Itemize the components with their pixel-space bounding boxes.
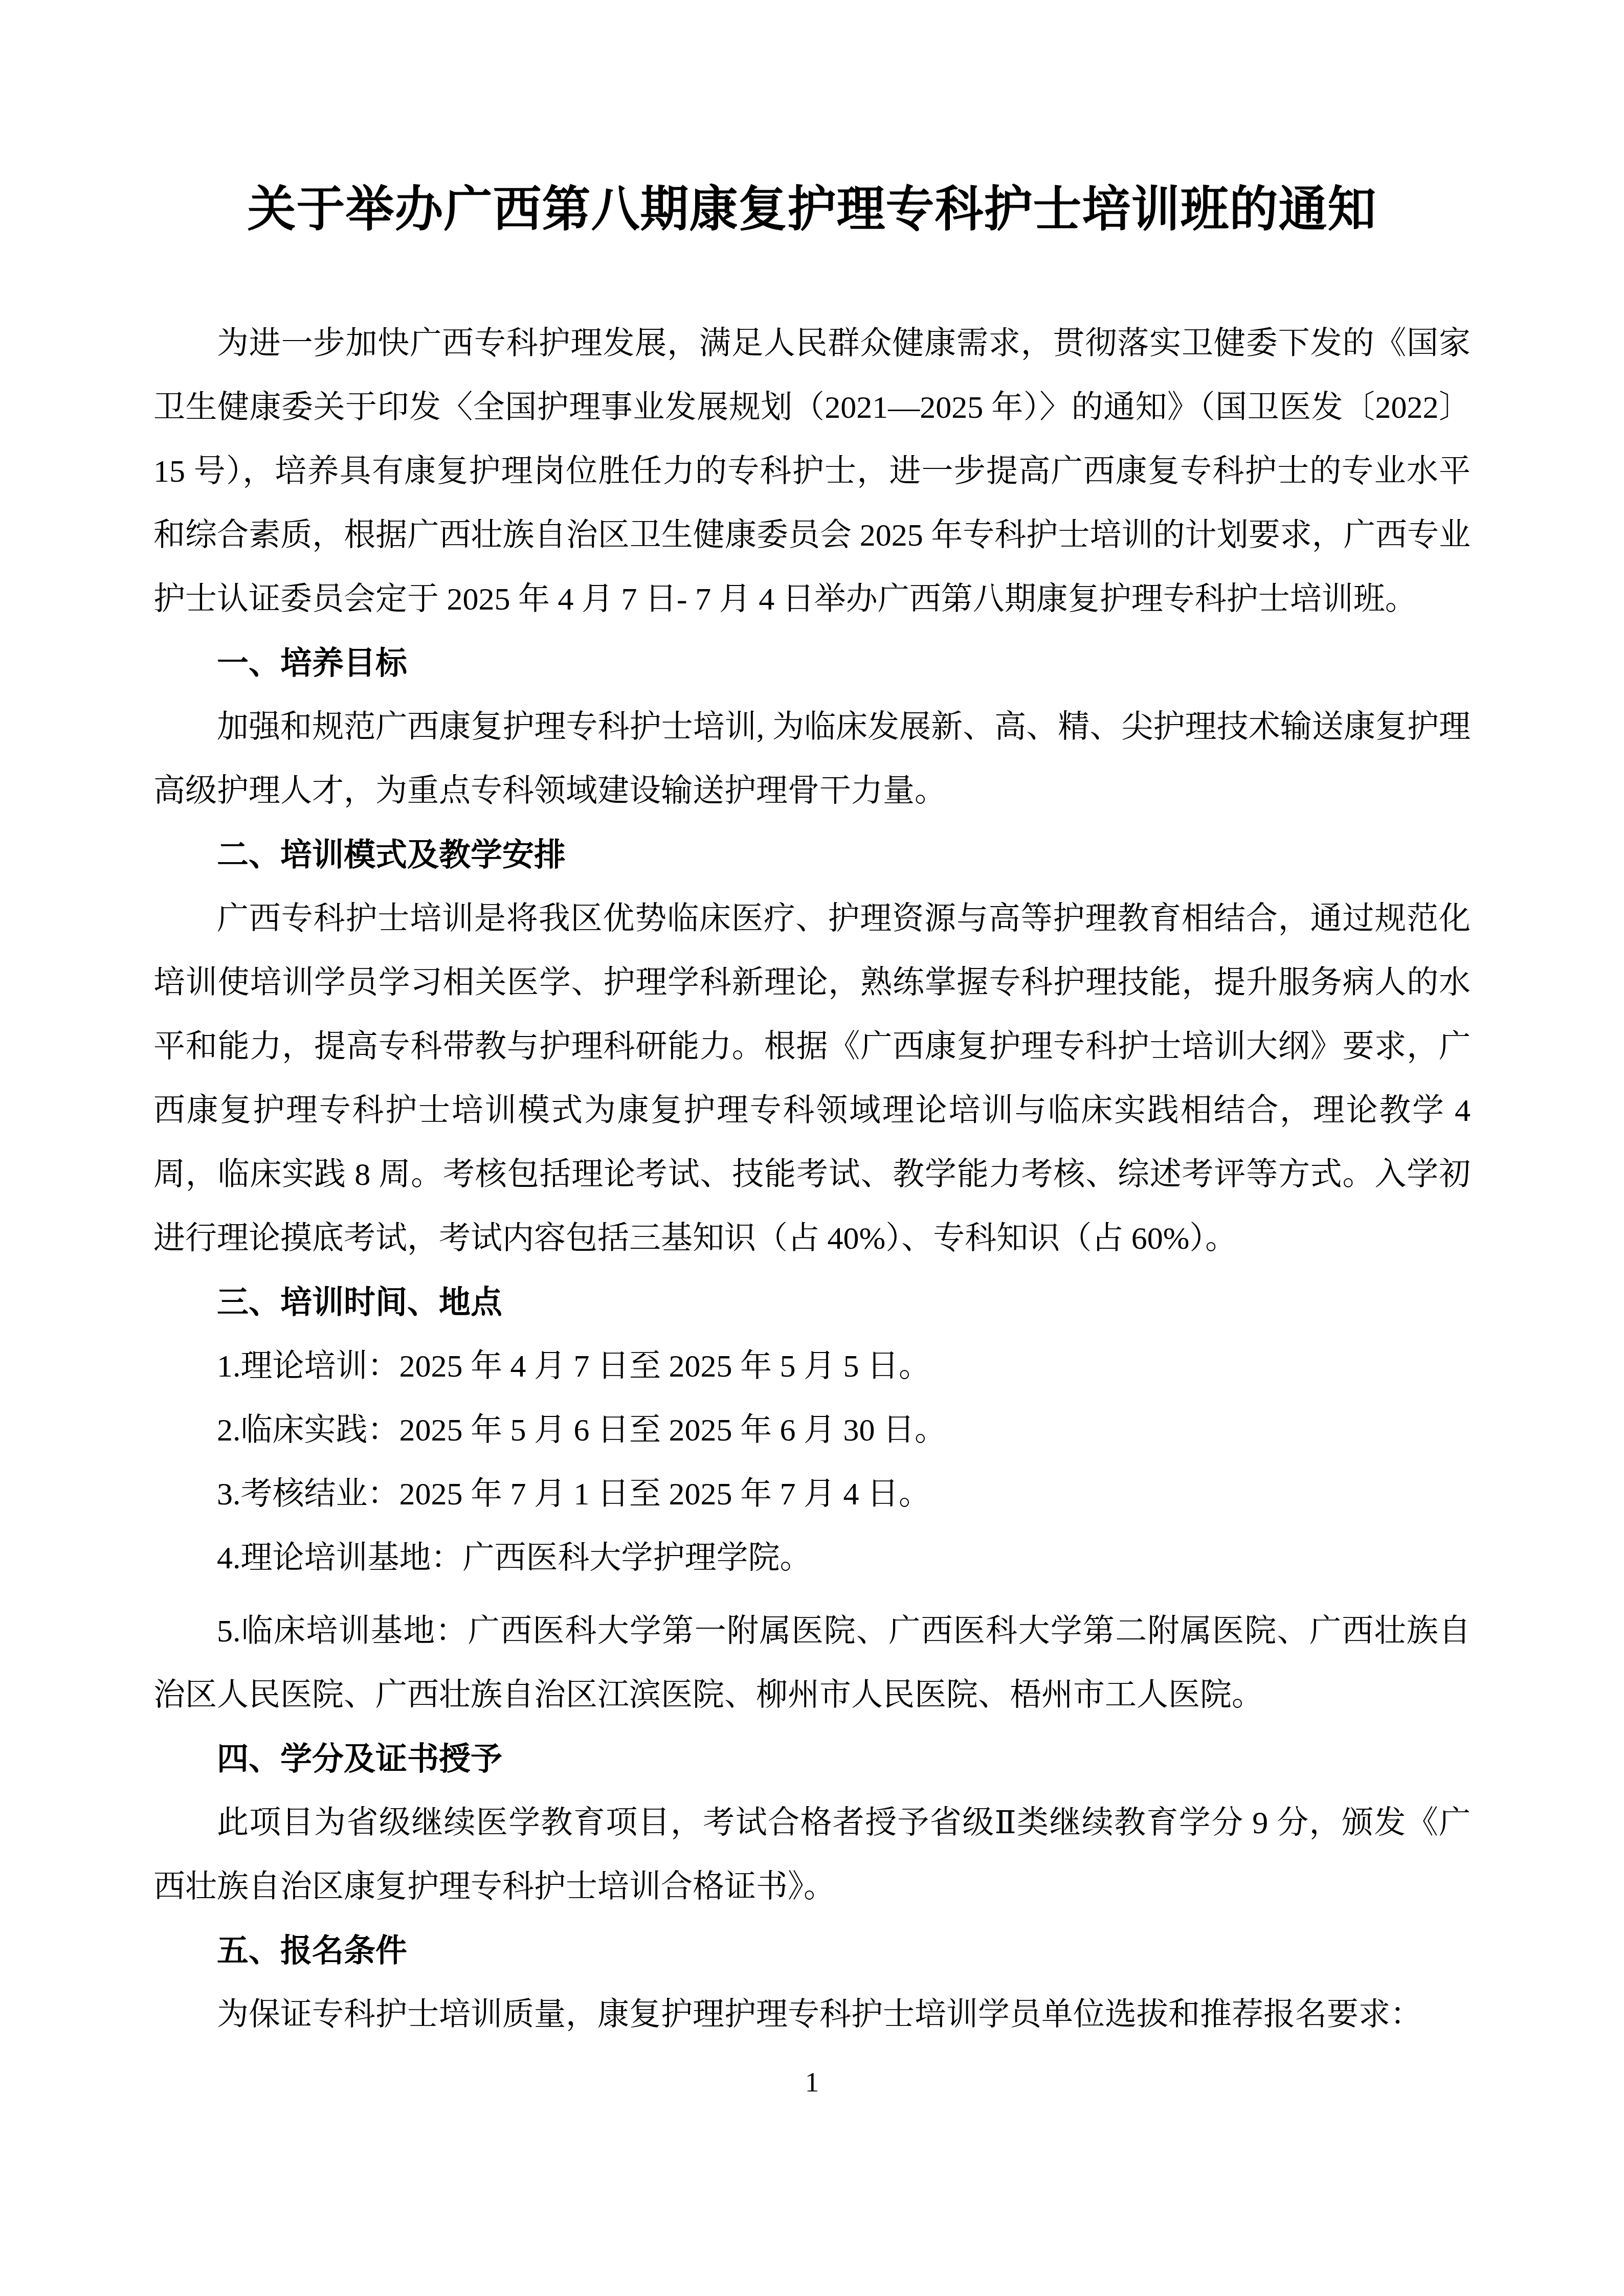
section-2-heading: 二、培训模式及教学安排 bbox=[153, 823, 1471, 887]
section-3-item-5: 5.临床培训基地：广西医科大学第一附属医院、广西医科大学第二附属医院、广西壮族自… bbox=[153, 1600, 1471, 1727]
section-1-paragraph: 加强和规范广西康复护理专科护士培训, 为临床发展新、高、精、尖护理技术输送康复护… bbox=[153, 695, 1471, 823]
section-3-item-3: 3.考核结业：2025 年 7 月 1 日至 2025 年 7 月 4 日。 bbox=[153, 1462, 1471, 1526]
intro-paragraph: 为进一步加快广西专科护理发展，满足人民群众健康需求，贯彻落实卫健委下发的《国家卫… bbox=[153, 312, 1471, 632]
document-page: 关于举办广西第八期康复护理专科护士培训班的通知 为进一步加快广西专科护理发展，满… bbox=[0, 0, 1624, 2296]
section-5-paragraph: 为保证专科护士培训质量，康复护理护理专科护士培训学员单位选拔和推荐报名要求： bbox=[153, 1983, 1471, 2047]
section-3-item-1: 1.理论培训：2025 年 4 月 7 日至 2025 年 5 月 5 日。 bbox=[153, 1335, 1471, 1399]
section-3-item-2: 2.临床实践：2025 年 5 月 6 日至 2025 年 6 月 30 日。 bbox=[153, 1399, 1471, 1462]
page-number: 1 bbox=[0, 2067, 1624, 2098]
page-title: 关于举办广西第八期康复护理专科护士培训班的通知 bbox=[153, 182, 1471, 238]
section-1-heading: 一、培养目标 bbox=[153, 632, 1471, 695]
section-4-heading: 四、学分及证书授予 bbox=[153, 1727, 1471, 1791]
document-content: 关于举办广西第八期康复护理专科护士培训班的通知 为进一步加快广西专科护理发展，满… bbox=[153, 182, 1471, 2047]
section-2-paragraph: 广西专科护士培训是将我区优势临床医疗、护理资源与高等护理教育相结合，通过规范化培… bbox=[153, 887, 1471, 1271]
section-5-heading: 五、报名条件 bbox=[153, 1919, 1471, 1983]
section-4-paragraph: 此项目为省级继续医学教育项目，考试合格者授予省级Ⅱ类继续教育学分 9 分，颁发《… bbox=[153, 1791, 1471, 1919]
section-3-item-4: 4.理论培训基地：广西医科大学护理学院。 bbox=[153, 1526, 1471, 1590]
section-3-heading: 三、培训时间、地点 bbox=[153, 1271, 1471, 1335]
